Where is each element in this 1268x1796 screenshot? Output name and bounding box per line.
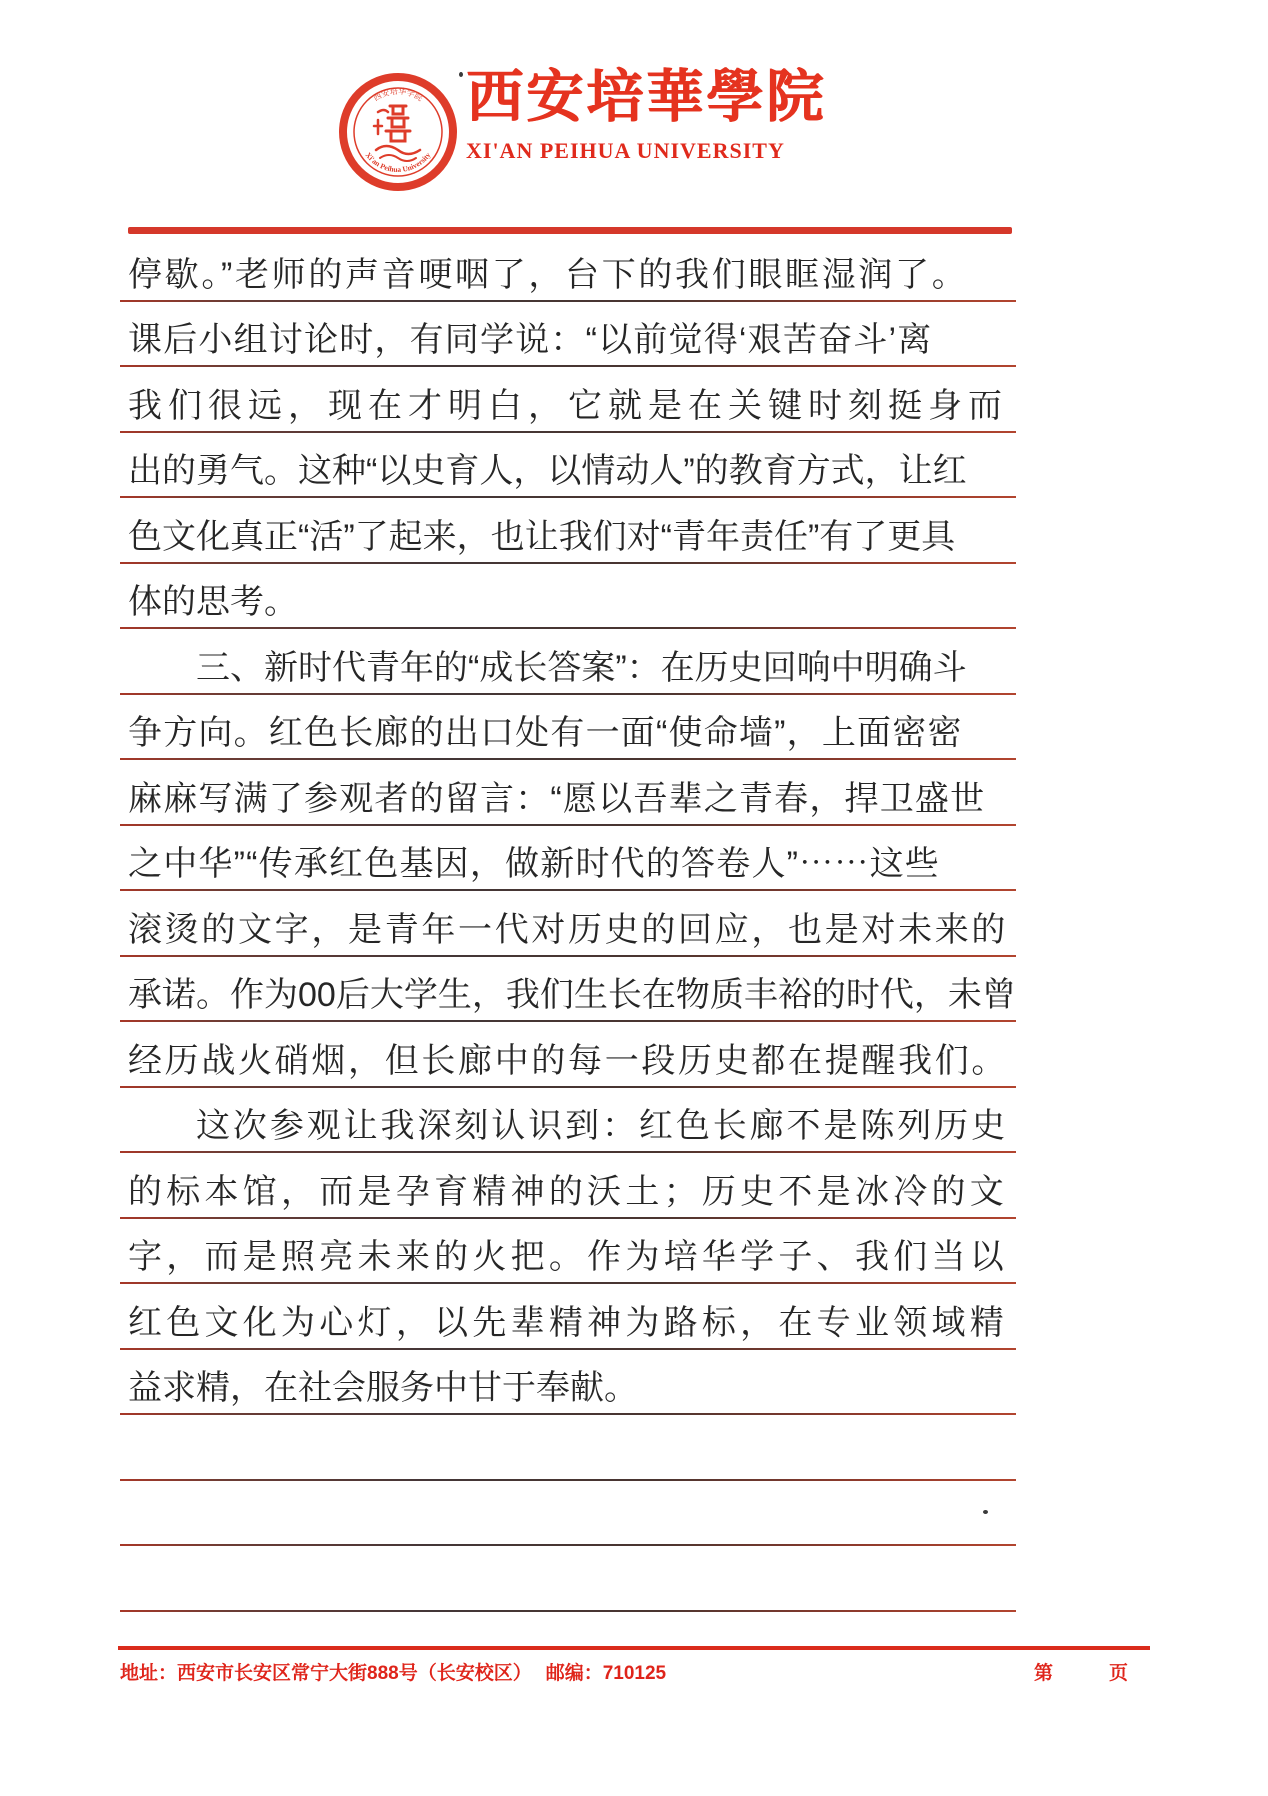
handwritten-text: 承诺。作为00后大学生，我们生长在物质丰裕的时代，未曾: [128, 969, 1016, 1021]
manuscript-line: 色文化真正“活”了起来，也让我们对“青年责任”有了更具: [120, 498, 1016, 564]
manuscript-line: 争方向。红色长廊的出口处有一面“使命墙”，上面密密: [120, 695, 1016, 761]
manuscript-line: [120, 1415, 1016, 1481]
footer: 地址：西安市长安区常宁大街888号（长安校区）邮编：710125 第页: [118, 1658, 1150, 1688]
handwritten-text: 红色文化为心灯，以先辈精神为路标，在专业领域精: [128, 1297, 1008, 1349]
handwritten-text: 的标本馆，而是孕育精神的沃土；历史不是冰冷的文: [128, 1166, 1008, 1218]
manuscript-line: 之中华”“传承红色基因，做新时代的答卷人”⋯⋯这些: [120, 826, 1016, 892]
manuscript-line: 课后小组讨论时，有同学说：“以前觉得‘艰苦奋斗’离: [120, 302, 1016, 368]
footer-address: 地址：西安市长安区常宁大街888号（长安校区）邮编：710125: [120, 1658, 666, 1685]
manuscript-line: 的标本馆，而是孕育精神的沃土；历史不是冰冷的文: [120, 1153, 1016, 1219]
handwritten-text: 色文化真正“活”了起来，也让我们对“青年责任”有了更具: [128, 511, 955, 563]
handwritten-text: 我们很远，现在才明白，它就是在关键时刻挺身而: [128, 380, 1008, 432]
manuscript-line: 字，而是照亮未来的火把。作为培华学子、我们当以: [120, 1219, 1016, 1285]
university-seal-icon: 西安培华学院 Xi'an Peihua University: [338, 72, 458, 192]
page-suffix: 页: [1109, 1658, 1128, 1685]
handwritten-text: 体的思考。: [128, 576, 298, 628]
manuscript-line: [120, 1546, 1016, 1612]
footer-page-number: 第页: [1034, 1658, 1128, 1685]
header-divider-line: [128, 227, 1012, 234]
handwritten-text: 争方向。红色长廊的出口处有一面“使命墙”，上面密密: [128, 707, 963, 759]
manuscript-line: 三、新时代青年的“成长答案”：在历史回响中明确斗: [120, 629, 1016, 695]
university-name-en: XI'AN PEIHUA UNIVERSITY: [466, 138, 846, 164]
handwritten-text: 之中华”“传承红色基因，做新时代的答卷人”⋯⋯这些: [128, 838, 940, 890]
manuscript: 停歇。”老师的声音哽咽了，台下的我们眼眶湿润了。课后小组讨论时，有同学说：“以前…: [120, 236, 1016, 1612]
letterhead-page: 西安培华学院 Xi'an Peihua University 西安培華學院 XI…: [0, 0, 1268, 1796]
handwritten-text: 字，而是照亮未来的火把。作为培华学子、我们当以: [128, 1231, 1008, 1283]
manuscript-line: 出的勇气。这种“以史育人，以情动人”的教育方式，让红: [120, 433, 1016, 499]
footer-divider-line: [118, 1646, 1150, 1650]
handwritten-text: 三、新时代青年的“成长答案”：在历史回响中明确斗: [196, 642, 967, 694]
handwritten-text: 停歇。”老师的声音哽咽了，台下的我们眼眶湿润了。: [128, 249, 968, 301]
manuscript-line: 经历战火硝烟，但长廊中的每一段历史都在提醒我们。: [120, 1022, 1016, 1088]
handwritten-text: 这次参观让我深刻认识到：红色长廊不是陈列历史: [196, 1100, 1008, 1152]
svg-text:Xi'an Peihua University: Xi'an Peihua University: [364, 150, 433, 174]
header: 西安培华学院 Xi'an Peihua University 西安培華學院 XI…: [0, 0, 1268, 230]
manuscript-line: 我们很远，现在才明白，它就是在关键时刻挺身而: [120, 367, 1016, 433]
handwritten-text: 课后小组讨论时，有同学说：“以前觉得‘艰苦奋斗’离: [128, 314, 932, 366]
ink-speck: [459, 72, 463, 77]
manuscript-line: 体的思考。: [120, 564, 1016, 630]
manuscript-line: 红色文化为心灯，以先辈精神为路标，在专业领域精: [120, 1284, 1016, 1350]
handwritten-text: 滚烫的文字，是青年一代对历史的回应，也是对未来的: [128, 904, 1008, 956]
handwritten-text: 麻麻写满了参观者的留言：“愿以吾辈之青春，捍卫盛世: [128, 773, 985, 825]
manuscript-line: 这次参观让我深刻认识到：红色长廊不是陈列历史: [120, 1088, 1016, 1154]
title-block: 西安培華學院 XI'AN PEIHUA UNIVERSITY: [466, 62, 846, 164]
manuscript-line: [120, 1481, 1016, 1547]
address-text: 地址：西安市长安区常宁大街888号（长安校区）: [120, 1663, 532, 1684]
handwritten-text: 经历战火硝烟，但长廊中的每一段历史都在提醒我们。: [128, 1035, 1008, 1087]
manuscript-line: 承诺。作为00后大学生，我们生长在物质丰裕的时代，未曾: [120, 957, 1016, 1023]
ink-speck: [983, 1510, 988, 1514]
manuscript-line: 滚烫的文字，是青年一代对历史的回应，也是对未来的: [120, 891, 1016, 957]
manuscript-line: 麻麻写满了参观者的留言：“愿以吾辈之青春，捍卫盛世: [120, 760, 1016, 826]
page-prefix: 第: [1034, 1658, 1053, 1685]
postcode-text: 邮编：710125: [546, 1663, 666, 1684]
manuscript-line: 益求精，在社会服务中甘于奉献。: [120, 1350, 1016, 1416]
university-name-cn: 西安培華學院: [466, 62, 846, 134]
manuscript-line: 停歇。”老师的声音哽咽了，台下的我们眼眶湿润了。: [120, 236, 1016, 302]
seal-ring-text-bottom: Xi'an Peihua University: [364, 150, 433, 174]
handwritten-text: 出的勇气。这种“以史育人，以情动人”的教育方式，让红: [128, 445, 967, 497]
handwritten-text: 益求精，在社会服务中甘于奉献。: [128, 1362, 638, 1414]
